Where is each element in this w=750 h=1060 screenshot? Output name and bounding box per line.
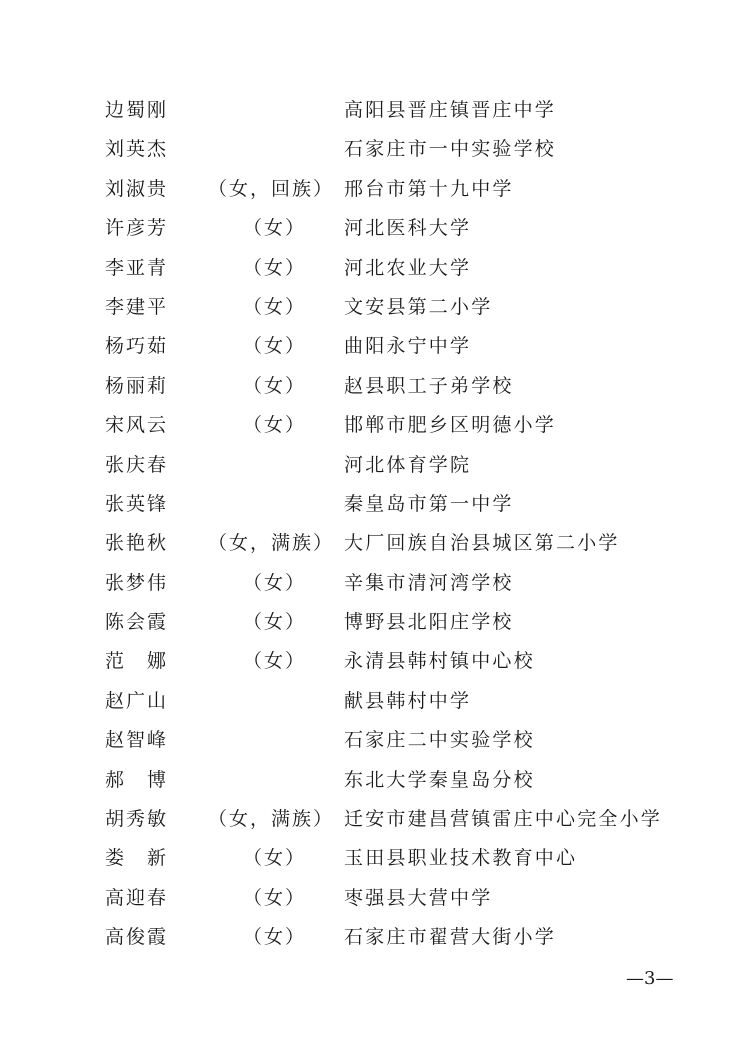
person-name: 范 娜 bbox=[105, 645, 185, 677]
person-note: （女） bbox=[243, 330, 306, 362]
person-name: 李亚青 bbox=[105, 252, 185, 284]
school-name: 辛集市清河湾学校 bbox=[344, 567, 514, 599]
list-item: 张英锋 秦皇岛市第一中学 bbox=[0, 488, 750, 527]
list-item: 赵广山 献县韩村中学 bbox=[0, 685, 750, 724]
school-name: 东北大学秦皇岛分校 bbox=[344, 764, 535, 796]
person-name: 边蜀刚 bbox=[105, 94, 185, 126]
person-name: 许彦芳 bbox=[105, 212, 185, 244]
school-name: 文安县第二小学 bbox=[344, 291, 492, 323]
school-name: 高阳县晋庄镇晋庄中学 bbox=[344, 94, 556, 126]
school-name: 赵县职工子弟学校 bbox=[344, 370, 514, 402]
person-name: 高俊霞 bbox=[105, 921, 185, 953]
list-item: 杨巧茹 （女） 曲阳永宁中学 bbox=[0, 330, 750, 369]
school-name: 博野县北阳庄学校 bbox=[344, 606, 514, 638]
person-name: 杨巧茹 bbox=[105, 330, 185, 362]
list-item: 范 娜 （女） 永清县韩村镇中心校 bbox=[0, 645, 750, 684]
person-note: （女） bbox=[243, 370, 306, 402]
list-item: 刘淑贵 （女，回族） 邢台市第十九中学 bbox=[0, 173, 750, 212]
person-note: （女） bbox=[243, 567, 306, 599]
list-item: 边蜀刚 高阳县晋庄镇晋庄中学 bbox=[0, 94, 750, 133]
school-name: 永清县韩村镇中心校 bbox=[344, 645, 535, 677]
person-name: 赵智峰 bbox=[105, 724, 185, 756]
list-item: 陈会霞 （女） 博野县北阳庄学校 bbox=[0, 606, 750, 645]
page-number: —3— bbox=[626, 966, 673, 992]
list-item: 刘英杰 石家庄市一中实验学校 bbox=[0, 133, 750, 172]
person-note: （女，满族） bbox=[208, 803, 334, 835]
list-item: 赵智峰 石家庄二中实验学校 bbox=[0, 724, 750, 763]
document-page: 边蜀刚 高阳县晋庄镇晋庄中学 刘英杰 石家庄市一中实验学校 刘淑贵 （女，回族）… bbox=[0, 0, 750, 1060]
person-note: （女） bbox=[243, 409, 306, 441]
person-note: （女，满族） bbox=[208, 527, 334, 559]
school-name: 石家庄市一中实验学校 bbox=[344, 133, 556, 165]
person-name: 张梦伟 bbox=[105, 567, 185, 599]
person-name: 张艳秋 bbox=[105, 527, 185, 559]
list-item: 杨丽莉 （女） 赵县职工子弟学校 bbox=[0, 370, 750, 409]
list-item: 宋风云 （女） 邯郸市肥乡区明德小学 bbox=[0, 409, 750, 448]
person-note: （女） bbox=[243, 645, 306, 677]
person-name: 张英锋 bbox=[105, 488, 185, 520]
list-item: 李建平 （女） 文安县第二小学 bbox=[0, 291, 750, 330]
list-item: 高迎春 （女） 枣强县大营中学 bbox=[0, 882, 750, 921]
person-name: 杨丽莉 bbox=[105, 370, 185, 402]
person-name: 刘英杰 bbox=[105, 133, 185, 165]
person-name: 陈会霞 bbox=[105, 606, 185, 638]
person-name: 高迎春 bbox=[105, 882, 185, 914]
list-item: 高俊霞 （女） 石家庄市翟营大街小学 bbox=[0, 921, 750, 960]
school-name: 曲阳永宁中学 bbox=[344, 330, 471, 362]
school-name: 石家庄二中实验学校 bbox=[344, 724, 535, 756]
school-name: 河北体育学院 bbox=[344, 449, 471, 481]
list-item: 娄 新 （女） 玉田县职业技术教育中心 bbox=[0, 842, 750, 881]
school-name: 石家庄市翟营大街小学 bbox=[344, 921, 556, 953]
person-name: 李建平 bbox=[105, 291, 185, 323]
honoree-list: 边蜀刚 高阳县晋庄镇晋庄中学 刘英杰 石家庄市一中实验学校 刘淑贵 （女，回族）… bbox=[0, 94, 750, 961]
person-note: （女） bbox=[243, 606, 306, 638]
person-name: 胡秀敏 bbox=[105, 803, 185, 835]
school-name: 秦皇岛市第一中学 bbox=[344, 488, 514, 520]
school-name: 献县韩村中学 bbox=[344, 685, 471, 717]
person-note: （女） bbox=[243, 252, 306, 284]
person-note: （女） bbox=[243, 882, 306, 914]
person-name: 娄 新 bbox=[105, 842, 185, 874]
list-item: 胡秀敏 （女，满族） 迁安市建昌营镇雷庄中心完全小学 bbox=[0, 803, 750, 842]
person-note: （女） bbox=[243, 212, 306, 244]
list-item: 张庆春 河北体育学院 bbox=[0, 449, 750, 488]
list-item: 张梦伟 （女） 辛集市清河湾学校 bbox=[0, 567, 750, 606]
person-name: 刘淑贵 bbox=[105, 173, 185, 205]
school-name: 河北医科大学 bbox=[344, 212, 471, 244]
person-note: （女） bbox=[243, 921, 306, 953]
person-note: （女） bbox=[243, 842, 306, 874]
school-name: 邢台市第十九中学 bbox=[344, 173, 514, 205]
person-name: 张庆春 bbox=[105, 449, 185, 481]
person-name: 宋风云 bbox=[105, 409, 185, 441]
person-name: 郝 博 bbox=[105, 764, 185, 796]
person-note: （女，回族） bbox=[208, 173, 334, 205]
list-item: 张艳秋 （女，满族） 大厂回族自治县城区第二小学 bbox=[0, 527, 750, 566]
school-name: 大厂回族自治县城区第二小学 bbox=[344, 527, 620, 559]
list-item: 郝 博 东北大学秦皇岛分校 bbox=[0, 764, 750, 803]
school-name: 枣强县大营中学 bbox=[344, 882, 492, 914]
school-name: 河北农业大学 bbox=[344, 252, 471, 284]
list-item: 许彦芳 （女） 河北医科大学 bbox=[0, 212, 750, 251]
school-name: 迁安市建昌营镇雷庄中心完全小学 bbox=[344, 803, 662, 835]
list-item: 李亚青 （女） 河北农业大学 bbox=[0, 252, 750, 291]
person-name: 赵广山 bbox=[105, 685, 185, 717]
school-name: 邯郸市肥乡区明德小学 bbox=[344, 409, 556, 441]
person-note: （女） bbox=[243, 291, 306, 323]
school-name: 玉田县职业技术教育中心 bbox=[344, 842, 577, 874]
